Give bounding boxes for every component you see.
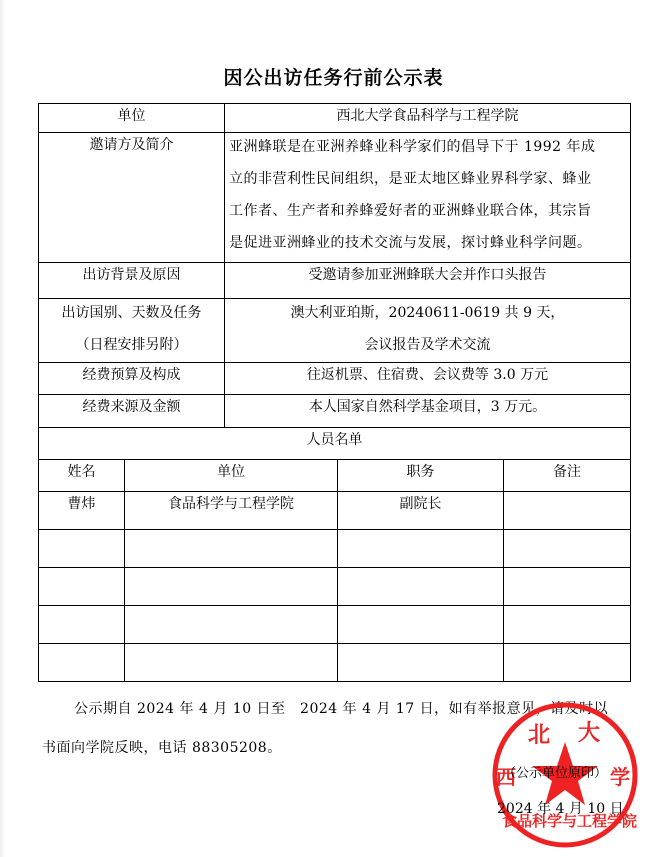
background-value: 受邀请参加亚洲蜂联大会并作口头报告 [225,263,631,299]
disclosure-table: 单位 西北大学食品科学与工程学院 邀请方及简介 亚洲蜂联是在亚洲养蜂业科学家们的… [38,103,631,682]
unit-label: 单位 [39,104,225,133]
cell-remarks [504,530,631,568]
invitation-line: 立的非营利性民间组织，是亚太地区蜂业界科学家、蜂业 [229,163,626,195]
destination-value: 澳大利亚珀斯，20240611-0619 共 9 天， 会议报告及学术交流 [225,299,631,363]
personnel-header-row: 姓名 单位 职务 备注 [39,460,631,492]
invitation-line: 工作者、生产者和养蜂爱好者的亚洲蜂业联合体，其宗旨 [229,195,626,227]
row-invitation: 邀请方及简介 亚洲蜂联是在亚洲养蜂业科学家们的倡导下于 1992 年成 立的非营… [39,133,631,263]
svg-text:北: 北 [528,723,550,748]
table-row [39,568,631,606]
destination-value-line1: 澳大利亚珀斯，20240611-0619 共 9 天， [229,297,626,329]
table-row [39,530,631,568]
cell-remarks [504,606,631,644]
page-edge-shadow [0,0,6,857]
row-funding: 经费来源及金额 本人国家自然科学基金项目，3 万元。 [39,395,631,428]
invitation-line: 是促进亚洲蜂业的技术交流与发展，探讨蜂业科学问题。 [229,227,626,259]
header-position: 职务 [338,460,504,492]
seal-label: （公示单位原印） [503,762,607,781]
row-destination: 出访国别、天数及任务 （日程安排另附） 澳大利亚珀斯，20240611-0619… [39,299,631,363]
invitation-label: 邀请方及简介 [39,133,225,263]
destination-label-line1: 出访国别、天数及任务 [43,297,220,329]
destination-label: 出访国别、天数及任务 （日程安排另附） [39,299,225,363]
destination-label-line2: （日程安排另附） [43,329,220,361]
row-background: 出访背景及原因 受邀请参加亚洲蜂联大会并作口头报告 [39,263,631,299]
cell-remarks [504,492,631,530]
cell-unit [125,530,338,568]
cell-position [338,606,504,644]
table-row [39,644,631,682]
cell-position [338,530,504,568]
cell-unit [125,644,338,682]
cell-remarks [504,644,631,682]
table-row [39,606,631,644]
cell-name [39,530,125,568]
background-label: 出访背景及原因 [39,263,225,299]
budget-label: 经费预算及构成 [39,363,225,395]
cell-unit [125,568,338,606]
invitation-line: 亚洲蜂联是在亚洲养蜂业科学家们的倡导下于 1992 年成 [229,131,626,163]
svg-text:学: 学 [610,765,630,789]
header-unit: 单位 [125,460,338,492]
unit-value: 西北大学食品科学与工程学院 [225,104,631,133]
cell-name [39,644,125,682]
budget-value: 往返机票、住宿费、会议费等 3.0 万元 [225,363,631,395]
row-unit: 单位 西北大学食品科学与工程学院 [39,104,631,133]
header-name: 姓名 [39,460,125,492]
destination-value-line2: 会议报告及学术交流 [229,329,626,361]
cell-unit [125,606,338,644]
funding-value: 本人国家自然科学基金项目，3 万元。 [225,395,631,428]
row-personnel-title: 人员名单 [39,428,631,460]
header-remarks: 备注 [504,460,631,492]
cell-position [338,568,504,606]
funding-label: 经费来源及金额 [39,395,225,428]
personnel-title: 人员名单 [39,428,631,460]
cell-name [39,606,125,644]
cell-position: 副院长 [338,492,504,530]
cell-name: 曹炜 [39,492,125,530]
sign-date: 2024 年 4 月 10 日 [497,798,624,818]
row-budget: 经费预算及构成 往返机票、住宿费、会议费等 3.0 万元 [39,363,631,395]
cell-position [338,644,504,682]
svg-text:大: 大 [578,721,600,746]
notice-line2: 书面向学院反映，电话 88305208。 [42,737,282,757]
cell-name [39,568,125,606]
table-row: 曹炜 食品科学与工程学院 副院长 [39,492,631,530]
invitation-value: 亚洲蜂联是在亚洲养蜂业科学家们的倡导下于 1992 年成 立的非营利性民间组织，… [225,133,631,263]
cell-remarks [504,568,631,606]
page-title: 因公出访任务行前公示表 [0,63,667,90]
cell-unit: 食品科学与工程学院 [125,492,338,530]
